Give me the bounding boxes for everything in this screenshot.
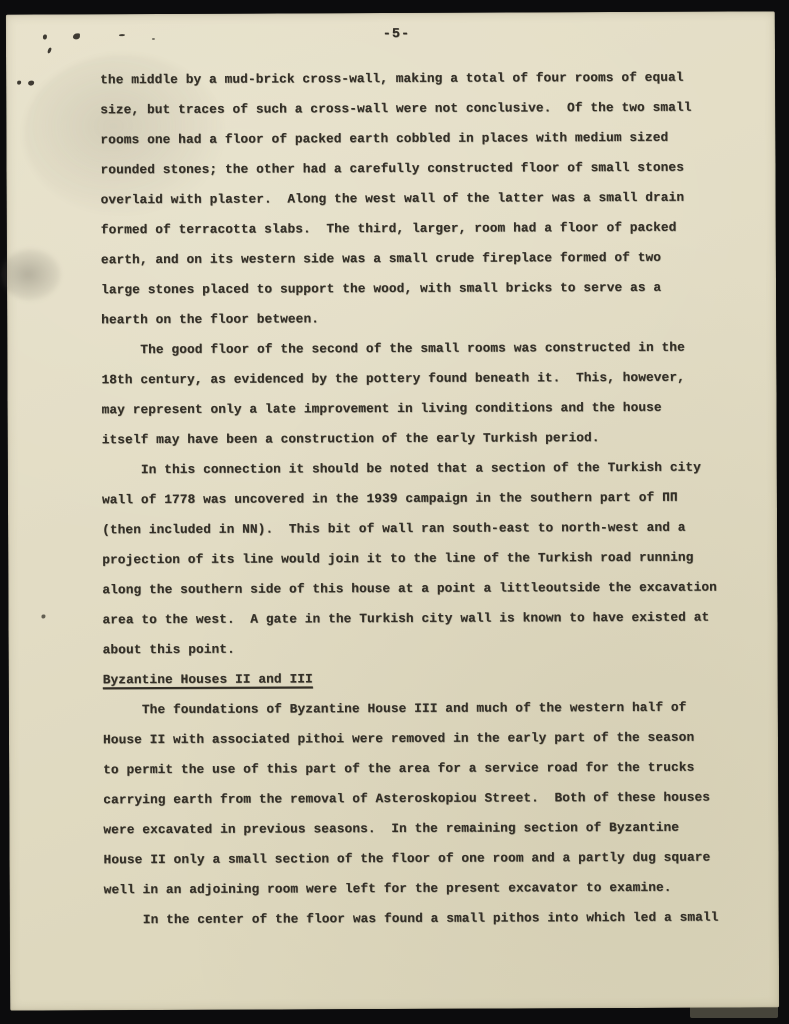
text-line: projection of its line would join it to … xyxy=(102,542,739,575)
paragraph: In the center of the floor was found a s… xyxy=(104,902,741,935)
paragraph: In this connection it should be noted th… xyxy=(102,452,740,665)
text-line: overlaid with plaster. Along the west wa… xyxy=(101,182,738,215)
text-line: to permit the use of this part of the ar… xyxy=(103,752,740,785)
section-heading: Byzantine Houses II and III xyxy=(103,662,740,695)
paragraph: the middle by a mud-brick cross-wall, ma… xyxy=(100,62,738,335)
text-line: large stones placed to support the wood,… xyxy=(101,272,738,305)
text-line: In the center of the floor was found a s… xyxy=(104,902,741,935)
text-line: rooms one had a floor of packed earth co… xyxy=(100,122,737,155)
paragraph: The foundations of Byzantine House III a… xyxy=(103,692,741,905)
text-line: 18th century, as evidenced by the potter… xyxy=(101,362,738,395)
text-line: carrying earth from the removal of Aster… xyxy=(103,782,740,815)
text-line: hearth on the floor between. xyxy=(101,302,738,335)
page-content: -5- the middle by a mud-brick cross-wall… xyxy=(6,11,779,1010)
text-line: The foundations of Byzantine House III a… xyxy=(103,692,740,725)
text-line: were excavated in previous seasons. In t… xyxy=(103,812,740,845)
text-line: the middle by a mud-brick cross-wall, ma… xyxy=(100,62,737,95)
text-line: House II only a small section of the flo… xyxy=(103,842,740,875)
text-line: well in an adjoining room were left for … xyxy=(104,872,741,905)
scanned-document-screenshot: { "page": { "background_color": "#0c0c0d… xyxy=(0,0,789,1024)
text-line: may represent only a late improvement in… xyxy=(101,392,738,425)
text-line: wall of 1778 was uncovered in the 1939 c… xyxy=(102,482,739,515)
text-line: formed of terracotta slabs. The third, l… xyxy=(101,212,738,245)
paragraph: The good floor of the second of the smal… xyxy=(101,332,739,455)
text-line: size, but traces of such a cross-wall we… xyxy=(100,92,737,125)
page-number: -5- xyxy=(100,23,693,48)
typewritten-page: -5- the middle by a mud-brick cross-wall… xyxy=(6,11,779,1010)
text-line: rounded stones; the other had a carefull… xyxy=(100,152,737,185)
text-line: itself may have been a construction of t… xyxy=(102,422,739,455)
text-line: about this point. xyxy=(103,632,740,665)
text-line: along the southern side of this house at… xyxy=(102,572,739,605)
text-line: (then included in NN). This bit of wall … xyxy=(102,512,739,545)
text-line: earth, and on its western side was a sma… xyxy=(101,242,738,275)
text-line: area to the west. A gate in the Turkish … xyxy=(102,602,739,635)
document-blocks: the middle by a mud-brick cross-wall, ma… xyxy=(100,62,741,935)
text-line: The good floor of the second of the smal… xyxy=(101,332,738,365)
text-line: House II with associated pithoi were rem… xyxy=(103,722,740,755)
text-line: In this connection it should be noted th… xyxy=(102,452,739,485)
